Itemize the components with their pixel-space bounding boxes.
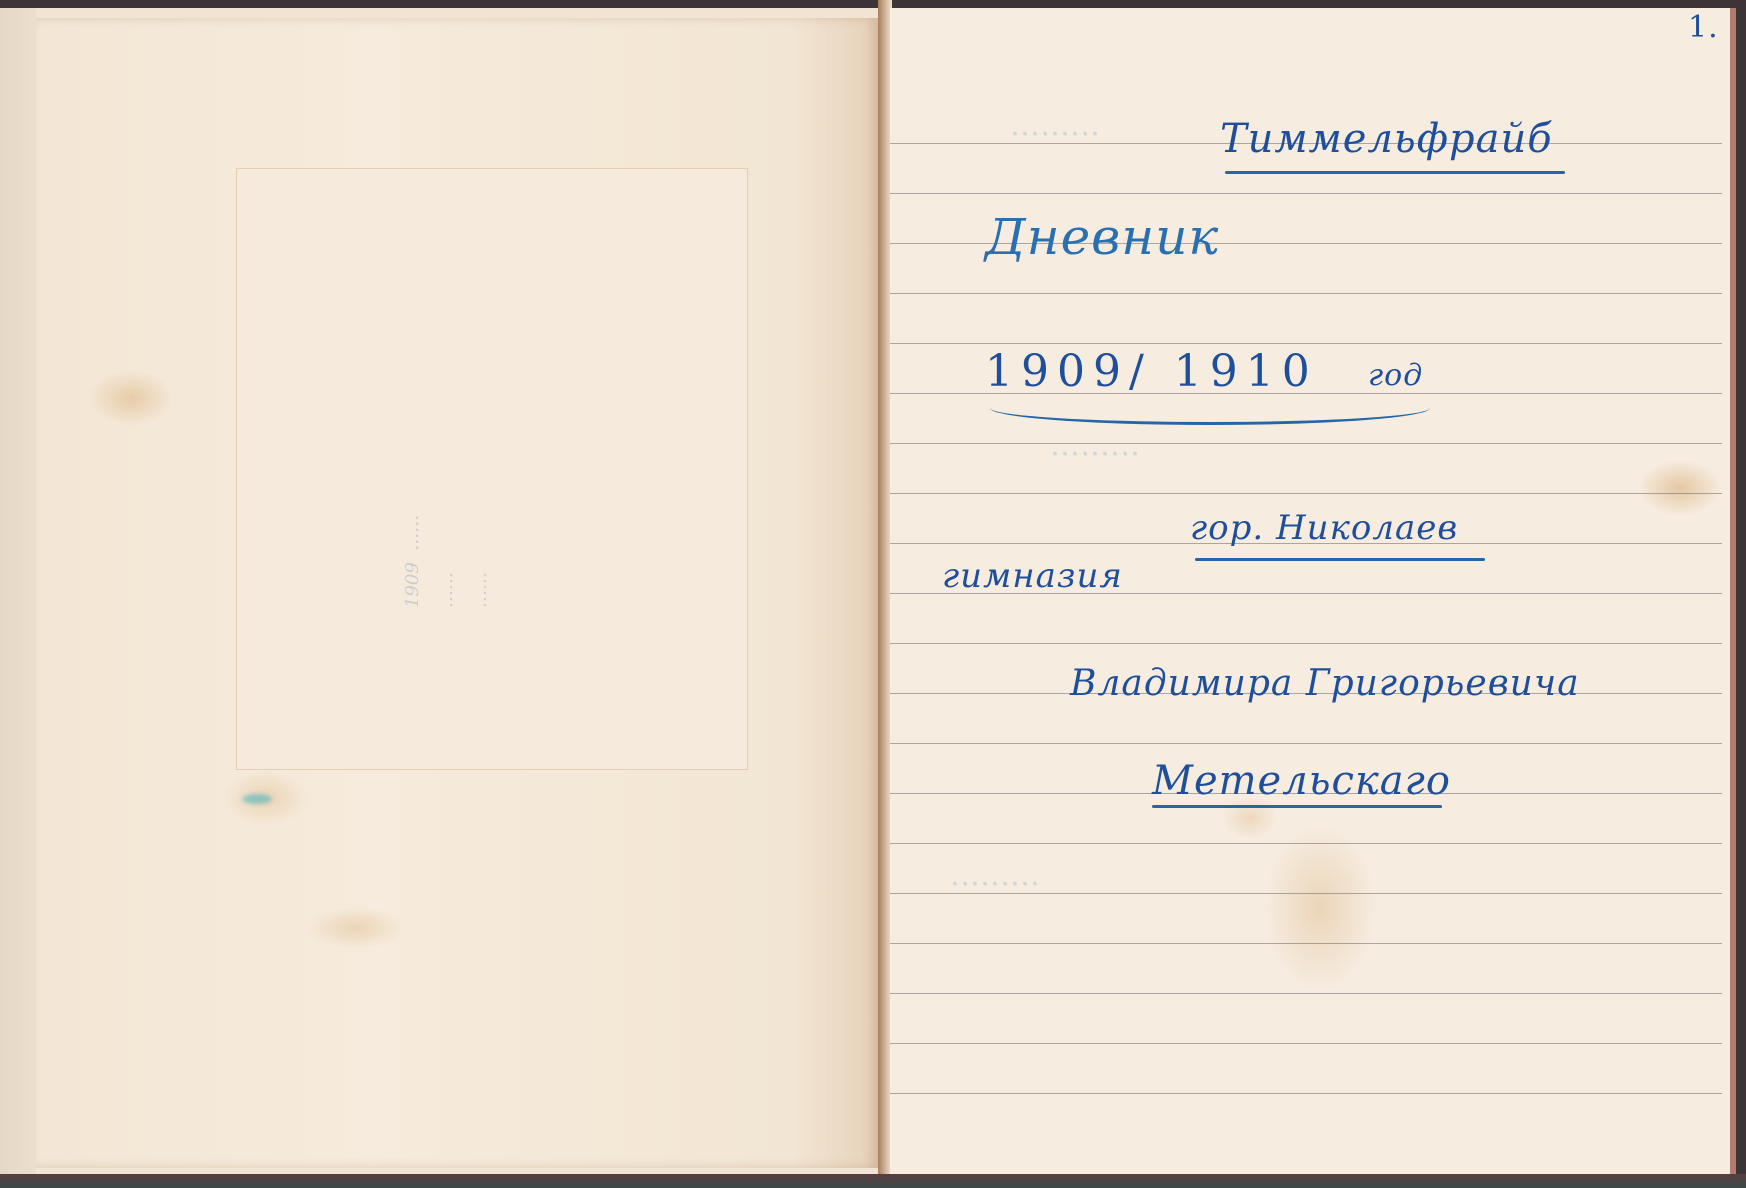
cover-bottom-edge (0, 1174, 1746, 1188)
rule-line (890, 493, 1722, 494)
rule-line (890, 643, 1722, 644)
years-suffix: год (1368, 358, 1423, 393)
ink-stain (242, 794, 272, 804)
wavy-underline (990, 408, 1430, 425)
student-surname: Метельскаго (1152, 758, 1451, 804)
left-page-endpaper: 1909 …… …… …… (0, 8, 880, 1174)
bleed-through-text: 1909 …… …… …… (396, 228, 656, 608)
page-edge (0, 8, 36, 1174)
rule-line (890, 293, 1722, 294)
rule-line (890, 743, 1722, 744)
student-name: Владимира Григорьевича (1070, 663, 1580, 704)
page-number: 1. (1688, 10, 1719, 45)
owner-family-name: Тиммельфрайб (1220, 116, 1553, 162)
rule-line (890, 943, 1722, 944)
rule-line (890, 1093, 1722, 1094)
diary-spread: 1909 …… …… …… ……… ……… ……… 1. Тимм (0, 0, 1746, 1188)
rule-line (890, 993, 1722, 994)
right-page-ruled: ……… ……… ……… 1. Тиммельфрайб Дневник 1909… (890, 8, 1736, 1174)
underline (1225, 171, 1565, 174)
years: 1909/ 1910 (985, 346, 1318, 397)
bleed-through-line: ……… (1050, 428, 1140, 463)
endpaper-sheet: 1909 …… …… …… (36, 18, 878, 1168)
rule-line (890, 193, 1722, 194)
bleed-through-line: ……… (1010, 108, 1100, 143)
underline (1195, 558, 1485, 561)
city: гор. Николаев (1190, 508, 1458, 548)
diary-title: Дневник (985, 208, 1219, 266)
rule-line (890, 443, 1722, 444)
school: гимназия (942, 556, 1123, 596)
rule-line (890, 1043, 1722, 1044)
rule-line (890, 343, 1722, 344)
bleed-through-line: ……… (950, 858, 1040, 893)
underline (1152, 805, 1442, 808)
rule-line (890, 843, 1722, 844)
rule-line (890, 893, 1722, 894)
